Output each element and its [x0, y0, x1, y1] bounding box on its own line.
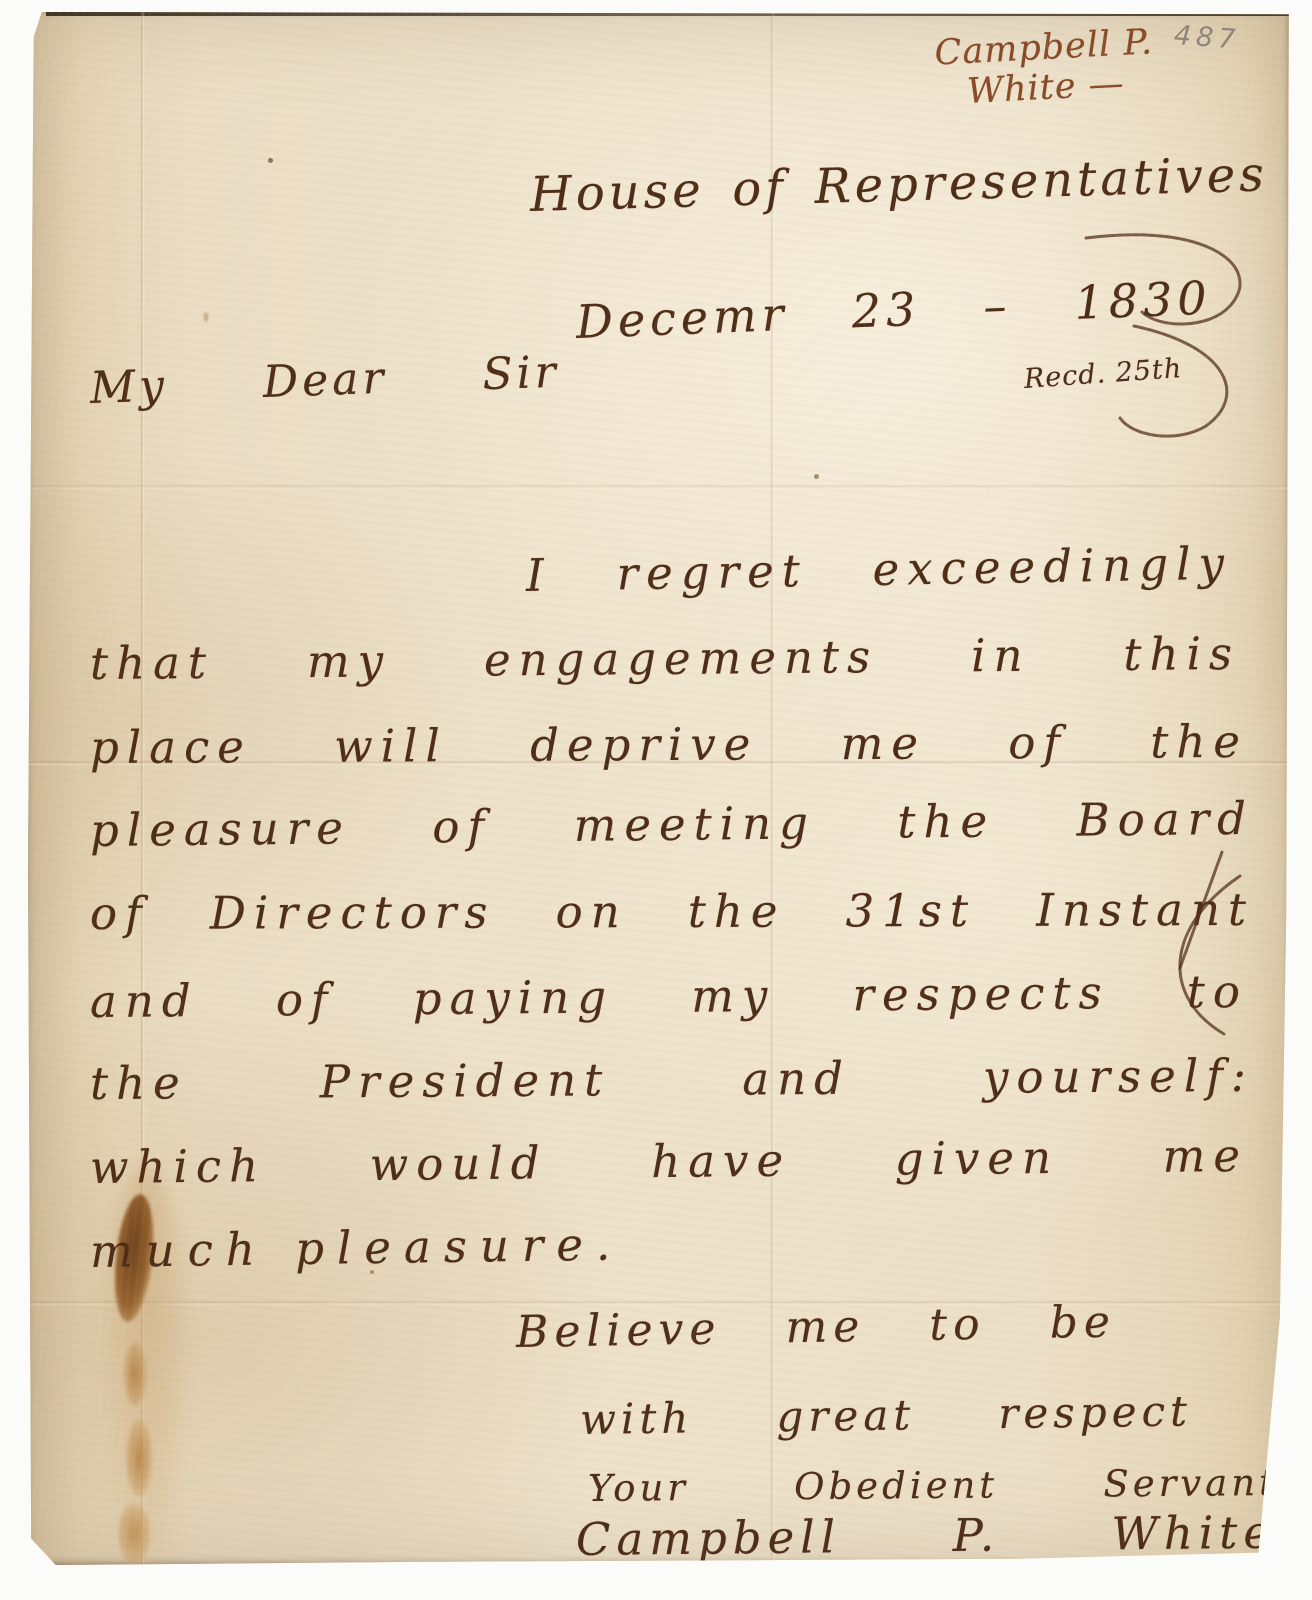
heading-place: House of Representatives [529, 147, 1268, 223]
letter-page: Campbell P. White — 487 House of Represe… [28, 12, 1290, 1565]
body-line: which would have given me [90, 1130, 1248, 1194]
stain-spot [118, 1504, 150, 1564]
heading-date: Decemr 23 – 1830 [575, 272, 1213, 349]
body-line: and of paying my respects to [90, 966, 1248, 1028]
horizontal-fold-upper [28, 484, 1290, 490]
scan-background: Campbell P. White — 487 House of Represe… [0, 0, 1312, 1600]
foxing-speck [268, 158, 273, 163]
body-line: of Directors on the 31st Instant [90, 884, 1254, 940]
signature: Campbell P. White [576, 1507, 1277, 1566]
body-line: the President and yourself: [90, 1050, 1254, 1110]
foxing-speck [204, 312, 208, 322]
closing-line: Your Obedient Servant [588, 1462, 1278, 1511]
stain-spot [124, 1342, 146, 1406]
body-line: place will deprive me of the [90, 716, 1248, 774]
body-line: much pleasure. [90, 1217, 731, 1278]
stain-spot [126, 1420, 152, 1496]
page-number: 487 [1173, 20, 1242, 56]
foxing-speck [814, 474, 819, 479]
closing-line: with great respect [580, 1387, 1193, 1444]
closing-line: Believe me to be [516, 1298, 1117, 1359]
docket-name: Campbell P. White — [888, 20, 1202, 117]
body-line: I regret exceedingly [526, 538, 1233, 602]
body-line: that my engagements in this [90, 628, 1240, 690]
received-note: Recd. 25th [1023, 350, 1221, 395]
salutation: My Dear Sir [89, 348, 560, 415]
body-line: pleasure of meeting the Board [90, 793, 1254, 857]
